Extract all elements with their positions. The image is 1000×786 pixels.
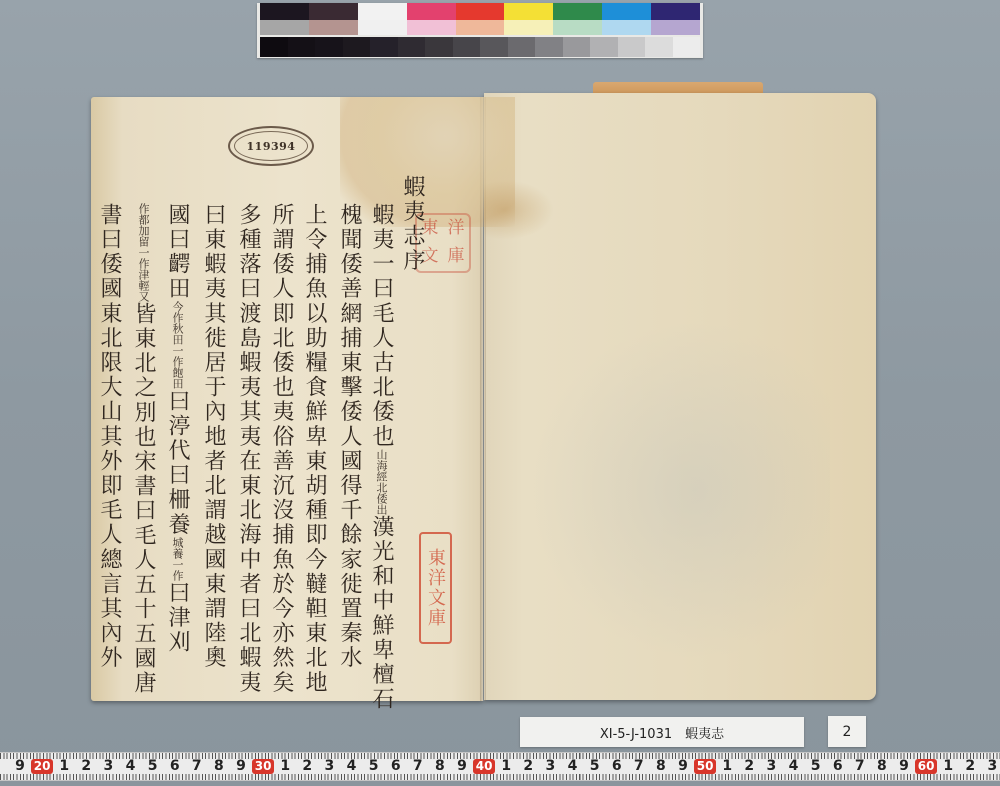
ruler-label: 8: [209, 759, 229, 774]
color-swatch: [407, 20, 456, 35]
preface-title: 蝦夷志序: [400, 175, 425, 273]
ruler-label: 4: [563, 759, 583, 774]
red-rectangular-seal: 東洋文庫: [419, 532, 452, 644]
color-swatch: [651, 3, 700, 20]
color-swatch: [358, 20, 407, 35]
ruler-label: 1: [717, 759, 737, 774]
text-column-5: 多種落曰渡島蝦夷其夷在東北海中者曰北蝦夷: [237, 203, 259, 695]
library-accession-stamp: 119394: [228, 126, 314, 166]
column-text: 多種落曰渡島蝦夷其夷在東北海中者曰北蝦夷: [236, 203, 261, 695]
note-line: 一作津輕又: [138, 247, 149, 302]
seal-glyph: 庫: [443, 243, 469, 271]
gray-swatch: [590, 37, 618, 57]
page-number-label: 2: [828, 716, 866, 747]
ruler-label: 4: [342, 759, 362, 774]
ruler-label: 5: [585, 759, 605, 774]
color-calibration-chart: [257, 3, 703, 58]
ruler-label: 2: [76, 759, 96, 774]
text-column-4: 所謂倭人即北倭也夷俗善沉沒捕魚於今亦然矣: [270, 203, 292, 695]
gray-swatch: [563, 37, 591, 57]
ruler-label: 60: [915, 759, 937, 774]
color-swatch: [651, 20, 700, 35]
color-swatch: [553, 20, 602, 35]
ruler-label: 7: [850, 759, 870, 774]
ruler-label: 5: [806, 759, 826, 774]
ruler-label: 8: [872, 759, 892, 774]
ruler-label: 30: [252, 759, 274, 774]
column-text: 皆東北之別也宋書曰毛人五十五國唐: [131, 302, 156, 696]
ruler-ticks-bottom: [0, 774, 1000, 780]
ruler-label: 7: [187, 759, 207, 774]
text-column-9: 書曰倭國東北限大山其外即毛人總言其內外: [98, 203, 120, 670]
text-column-title: 蝦夷志序: [401, 175, 423, 273]
note-line: 北倭出: [376, 482, 387, 515]
ruler-label: 8: [651, 759, 671, 774]
text-column-8: 一作津輕又作都加留皆東北之別也宋書曰毛人五十五國唐: [132, 203, 154, 696]
color-swatch: [309, 20, 358, 35]
ruler-label: 9: [231, 759, 251, 774]
color-swatch: [358, 3, 407, 20]
column-text: 漢光和中鮮卑檀石: [369, 515, 394, 712]
color-swatch: [407, 3, 456, 20]
note-line: 山海經: [376, 449, 387, 482]
interlinear-note: 一作城養: [172, 537, 183, 581]
ruler-label: 9: [894, 759, 914, 774]
gray-swatch: [343, 37, 371, 57]
column-text: 曰渟代曰柵養: [165, 389, 190, 537]
column-text: 曰津刈: [165, 581, 190, 655]
gray-swatch: [370, 37, 398, 57]
color-swatches-tint: [260, 20, 700, 35]
ruler-label: 20: [31, 759, 53, 774]
color-swatch: [260, 3, 309, 20]
ruler-label: 8: [430, 759, 450, 774]
column-text: 曰東蝦夷其徙居于內地者北謂越國東謂陸奧: [201, 203, 226, 670]
ruler-label: 50: [694, 759, 716, 774]
ruler-label: 6: [607, 759, 627, 774]
ruler-label: 1: [938, 759, 958, 774]
ruler-label: 2: [739, 759, 759, 774]
note-line: 今作秋田: [172, 301, 183, 345]
catalog-label-text: XI-5-J-1031 蝦夷志: [600, 723, 724, 742]
gray-swatch: [673, 37, 701, 57]
ruler-label: 6: [165, 759, 185, 774]
note-line: 作都加留: [138, 203, 149, 247]
page-number: 2: [843, 724, 852, 740]
text-column-1: 蝦夷一曰毛人古北倭也北倭出山海經漢光和中鮮卑檀石: [370, 203, 392, 712]
ruler-label: 7: [629, 759, 649, 774]
color-swatch: [260, 20, 309, 35]
ruler-label: 6: [828, 759, 848, 774]
accession-number: 119394: [230, 140, 312, 153]
gray-swatch: [535, 37, 563, 57]
color-swatch: [504, 3, 553, 20]
interlinear-note: 北倭出山海經: [376, 449, 387, 515]
ruler-label: 6: [386, 759, 406, 774]
seal-text: 東洋文庫: [422, 548, 449, 628]
gray-swatch: [453, 37, 481, 57]
ruler-label: 9: [10, 759, 30, 774]
color-swatch: [309, 3, 358, 20]
ruler-label: 1: [54, 759, 74, 774]
ruler-label: 1: [496, 759, 516, 774]
ruler-label: 9: [673, 759, 693, 774]
column-text: 蝦夷一曰毛人古北倭也: [369, 203, 394, 449]
gray-swatch: [288, 37, 316, 57]
gray-swatch: [425, 37, 453, 57]
gray-swatch: [645, 37, 673, 57]
note-line: 一作飽田: [172, 345, 183, 389]
catalog-label: XI-5-J-1031 蝦夷志: [520, 717, 804, 747]
gray-swatch: [508, 37, 536, 57]
color-swatch: [456, 20, 505, 35]
ruler-label: 40: [473, 759, 495, 774]
ruler-label: 3: [540, 759, 560, 774]
ruler-label: 5: [364, 759, 384, 774]
column-text: 書曰倭國東北限大山其外即毛人總言其內外: [97, 203, 122, 670]
ruler-label: 4: [121, 759, 141, 774]
color-swatch: [602, 3, 651, 20]
gray-swatch: [315, 37, 343, 57]
text-column-7: 國曰齶田一作飽田今作秋田曰渟代曰柵養一作城養曰津刈: [166, 203, 188, 655]
gray-scale-strip: [260, 37, 700, 57]
column-text: 槐聞倭善網捕東擊倭人國得千餘家徙置秦水: [337, 203, 362, 670]
column-text: 上令捕魚以助糧食鮮卑東胡種即今韃靼東北地: [302, 203, 327, 695]
measurement-ruler: 9201234567893012345678940123456789501234…: [0, 752, 1000, 781]
ruler-label: 2: [518, 759, 538, 774]
ruler-label: 5: [143, 759, 163, 774]
gray-swatch: [618, 37, 646, 57]
interlinear-note: 一作津輕又作都加留: [138, 203, 149, 302]
seal-glyph: 洋: [443, 215, 469, 243]
interlinear-note: 一作飽田今作秋田: [172, 301, 183, 389]
color-swatches-saturated: [260, 3, 700, 20]
ruler-label: 4: [784, 759, 804, 774]
text-column-6: 曰東蝦夷其徙居于內地者北謂越國東謂陸奧: [202, 203, 224, 670]
note-line: 城養: [172, 537, 183, 559]
color-swatch: [504, 20, 553, 35]
column-text: 所謂倭人即北倭也夷俗善沉沒捕魚於今亦然矣: [269, 203, 294, 695]
show-through-shadow: [530, 320, 830, 660]
ruler-label: 7: [408, 759, 428, 774]
gray-swatch: [260, 37, 288, 57]
gray-swatch: [480, 37, 508, 57]
ruler-label: 2: [297, 759, 317, 774]
ruler-label: 3: [98, 759, 118, 774]
color-swatch: [456, 3, 505, 20]
ruler-label: 1: [275, 759, 295, 774]
gray-swatch: [398, 37, 426, 57]
ruler-label: 2: [960, 759, 980, 774]
ruler-label: 9: [452, 759, 472, 774]
text-column-3: 上令捕魚以助糧食鮮卑東胡種即今韃靼東北地: [303, 203, 325, 695]
color-swatch: [602, 20, 651, 35]
water-stain-right: [484, 180, 554, 240]
ruler-label: 3: [319, 759, 339, 774]
text-column-2: 槐聞倭善網捕東擊倭人國得千餘家徙置秦水: [338, 203, 360, 670]
ruler-label: 3: [761, 759, 781, 774]
ruler-label: 3: [982, 759, 1000, 774]
note-line: 一作: [172, 559, 183, 581]
color-swatch: [553, 3, 602, 20]
column-text: 國曰齶田: [165, 203, 190, 301]
